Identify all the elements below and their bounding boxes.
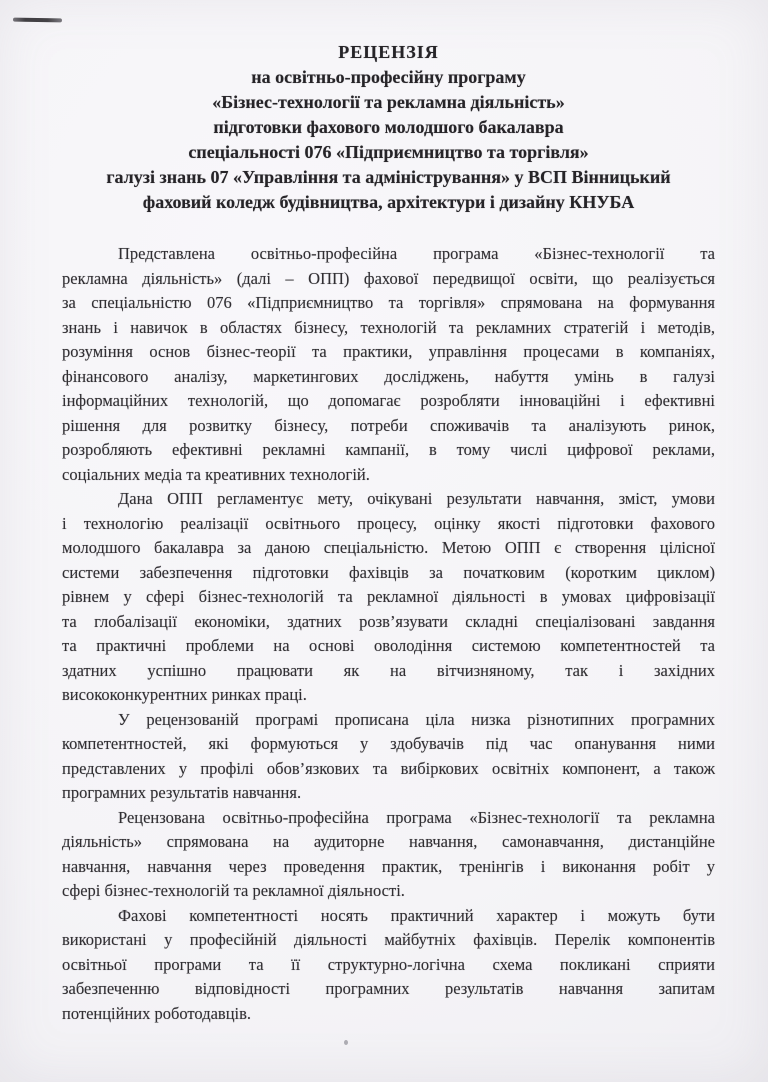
text-line: рішення для розвитку бізнесу, потреби сп… — [62, 414, 715, 439]
pen-dash-mark — [13, 18, 62, 23]
paragraph-2: Дана ОПП регламентує мету, очікувані рез… — [62, 487, 715, 708]
text-line: потенційних роботодавців. — [62, 1002, 715, 1027]
paragraph-3: У рецензованій програмі прописана ціла н… — [62, 708, 715, 806]
text-line: та глобалізації економіки, здатних розв’… — [62, 610, 715, 635]
text-line: використані у професійній діяльності май… — [62, 928, 715, 953]
title-line-7: фаховий коледж будівництва, архітектури … — [62, 190, 715, 215]
text-line: представлених у профілі обов’язкових та … — [62, 757, 715, 782]
text-line: Представлена освітньо-професійна програм… — [62, 242, 715, 267]
document-title: РЕЦЕНЗІЯна освітньо-професійну програму«… — [0, 0, 768, 215]
text-line: рекламна діяльність» (далі – ОПП) фахово… — [62, 267, 715, 292]
paragraph-1: Представлена освітньо-професійна програм… — [62, 242, 715, 487]
scan-speck — [344, 1040, 348, 1045]
text-line: забезпеченню відповідності програмних ре… — [62, 977, 715, 1002]
text-line: Дана ОПП регламентує мету, очікувані рез… — [62, 487, 715, 512]
text-line: за спеціальністю 076 «Підприємництво та … — [62, 291, 715, 316]
text-line: здатних успішно працювати як на вітчизня… — [62, 659, 715, 684]
text-line: сфері бізнес-технологій та рекламної дія… — [62, 879, 715, 904]
text-line: розробляють ефективні рекламні кампанії,… — [62, 438, 715, 463]
document-page: РЕЦЕНЗІЯна освітньо-професійну програму«… — [0, 0, 768, 1082]
text-line: інформаційних технологій, що допомагає р… — [62, 389, 715, 414]
text-line: Фахові компетентності носять практичний … — [62, 904, 715, 929]
text-line: навчання, навчання через проведення прак… — [62, 855, 715, 880]
text-line: освітньої програми та її структурно-логі… — [62, 953, 715, 978]
title-line-3: «Бізнес-технології та рекламна діяльніст… — [62, 90, 715, 115]
text-line: фінансового аналізу, маркетингових дослі… — [62, 365, 715, 390]
text-line: соціальних медіа та креативних технологі… — [62, 463, 715, 488]
text-line: та практичні проблеми на основі оволодін… — [62, 634, 715, 659]
text-line: діяльність» спрямована на аудиторне навч… — [62, 830, 715, 855]
text-line: молодшого бакалавра за даною спеціальніс… — [62, 536, 715, 561]
document-body: Представлена освітньо-професійна програм… — [0, 242, 768, 1026]
text-line: системи забезпечення підготовки фахівців… — [62, 561, 715, 586]
text-line: рівнем у сфері бізнес-технологій та рекл… — [62, 585, 715, 610]
paragraph-4: Рецензована освітньо-професійна програма… — [62, 806, 715, 904]
text-line: У рецензованій програмі прописана ціла н… — [62, 708, 715, 733]
paragraph-5: Фахові компетентності носять практичний … — [62, 904, 715, 1027]
title-line-4: підготовки фахового молодшого бакалавра — [62, 115, 715, 140]
title-line-1: РЕЦЕНЗІЯ — [62, 40, 715, 65]
text-line: висококонкурентних ринках праці. — [62, 683, 715, 708]
title-line-2: на освітньо-професійну програму — [62, 65, 715, 90]
text-line: знань і навичок в областях бізнесу, техн… — [62, 316, 715, 341]
text-line: програмних результатів навчання. — [62, 781, 715, 806]
text-line: розуміння основ бізнес-теорії та практик… — [62, 340, 715, 365]
title-line-6: галузі знань 07 «Управління та адміністр… — [62, 165, 715, 190]
text-line: і технологію реалізації освітнього проце… — [62, 512, 715, 537]
text-line: Рецензована освітньо-професійна програма… — [62, 806, 715, 831]
title-line-5: спеціальності 076 «Підприємництво та тор… — [62, 140, 715, 165]
text-line: компетентностей, які формуються у здобув… — [62, 732, 715, 757]
